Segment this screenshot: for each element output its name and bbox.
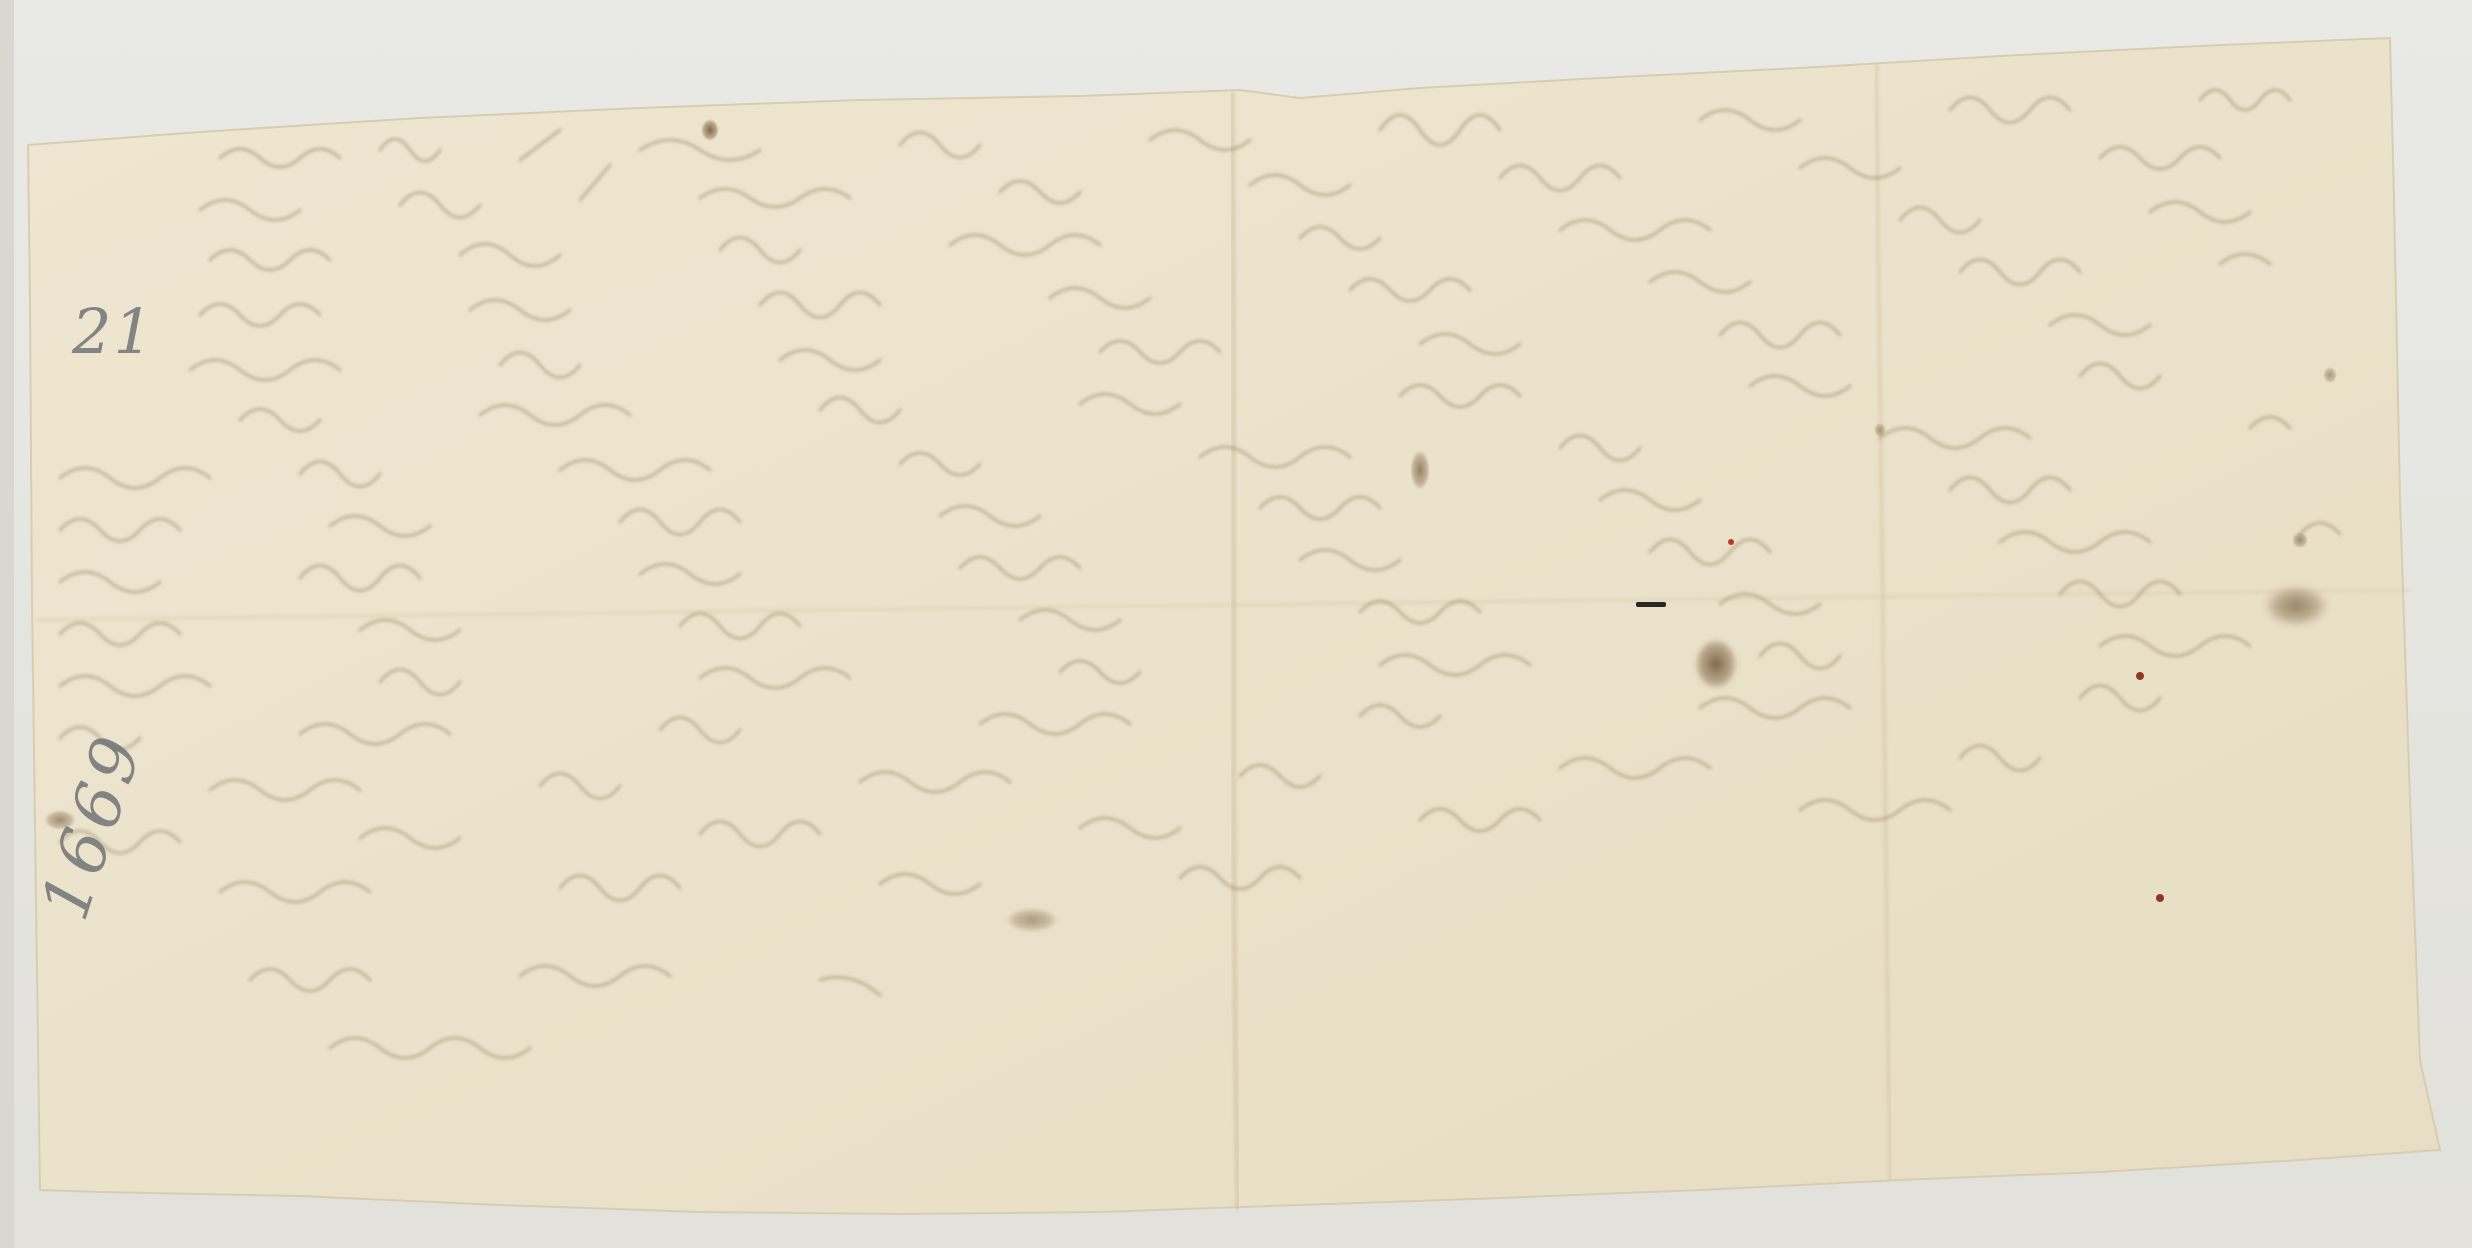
manuscript-paper bbox=[0, 0, 2472, 1248]
folio-number-annotation: 21 bbox=[72, 295, 155, 368]
manuscript-sheet: 21 1669 bbox=[0, 0, 2472, 1248]
